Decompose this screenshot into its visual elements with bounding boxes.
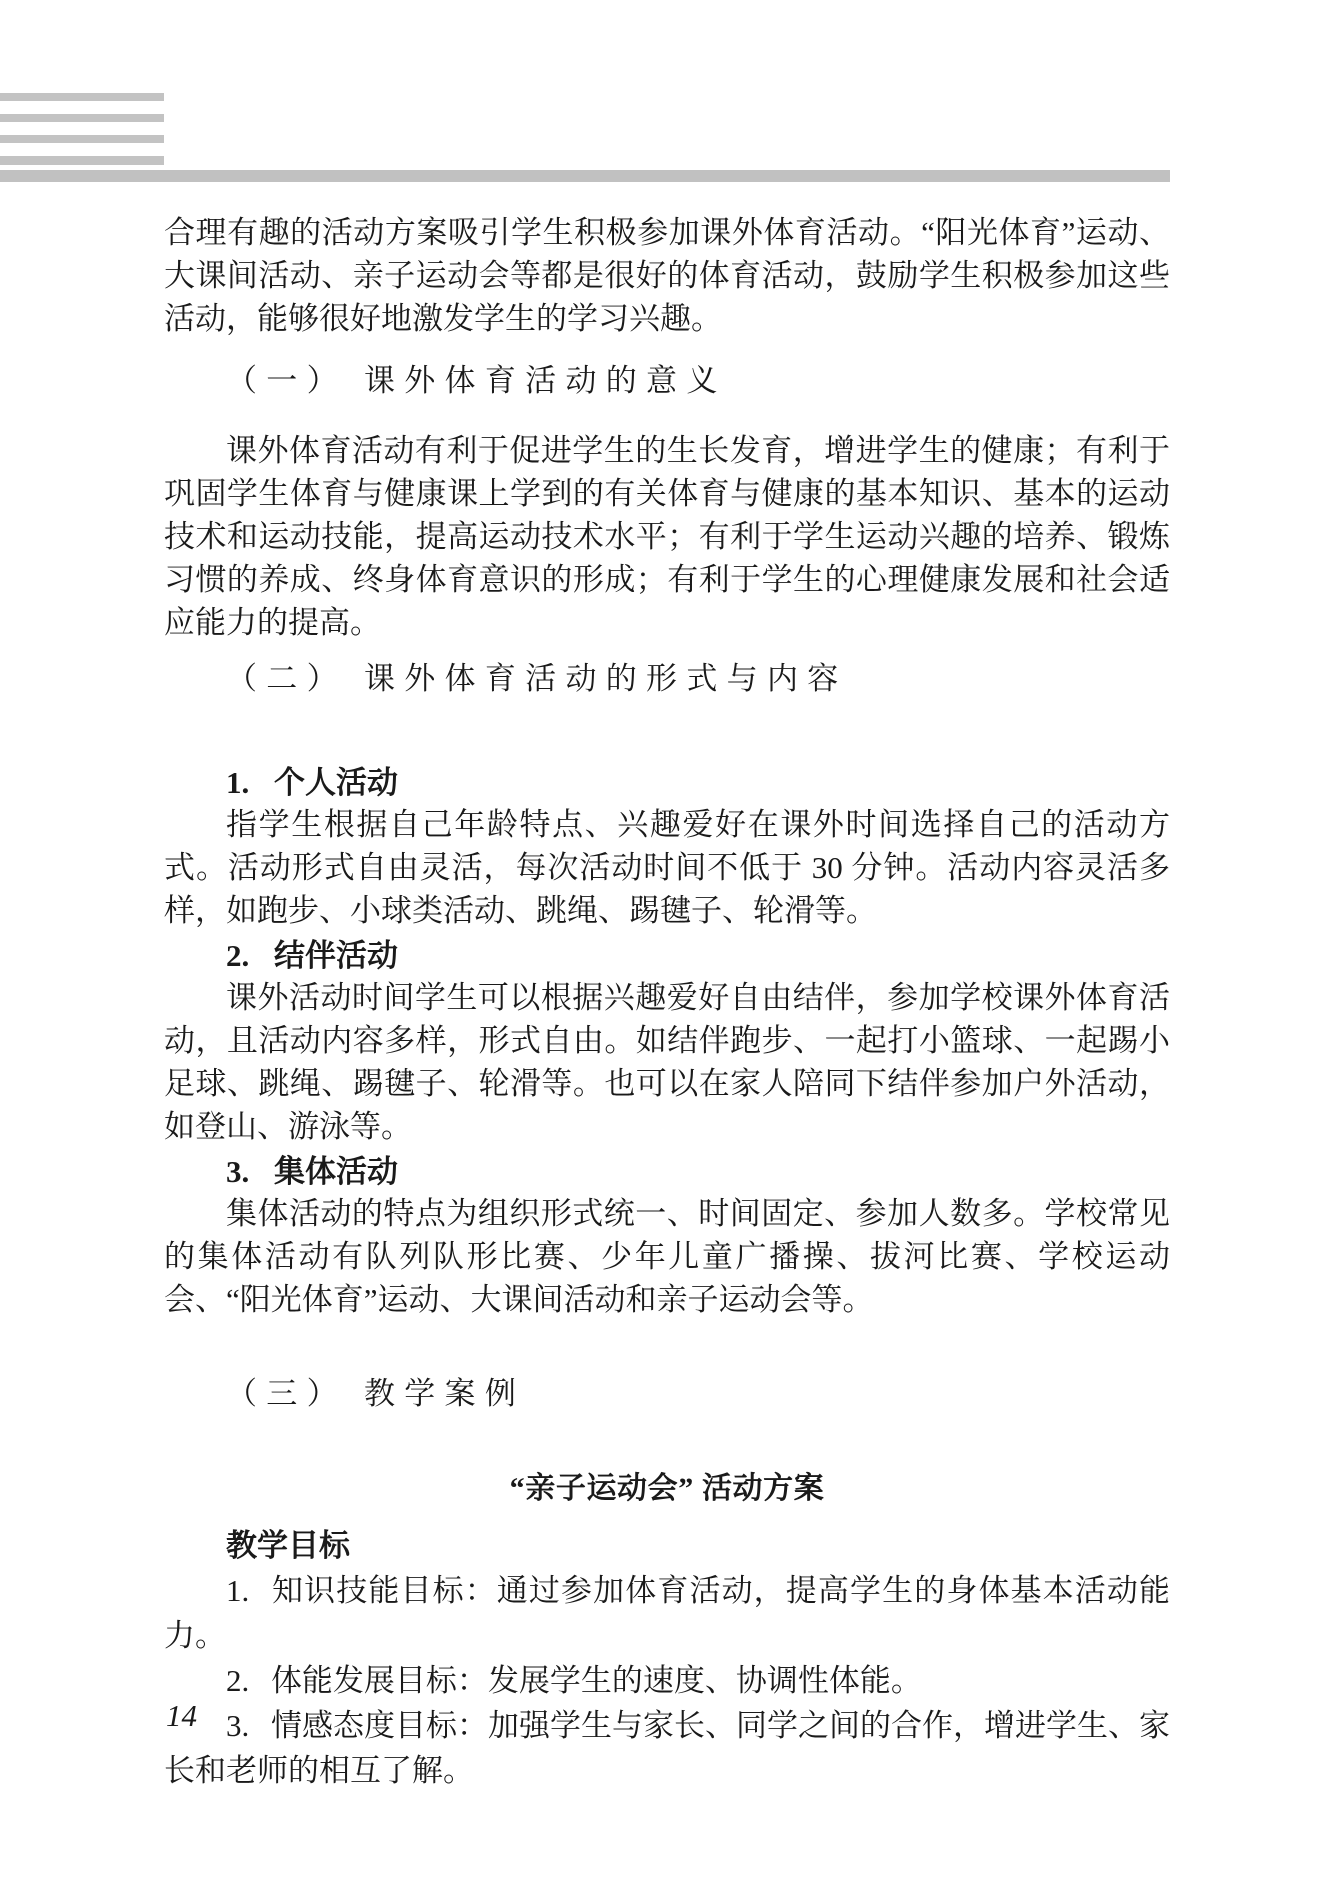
document-page: 合理有趣的活动方案吸引学生积极参加课外体育活动。“阳光体育”运动、大课间活动、亲… <box>0 0 1331 1884</box>
goal-number: 2. <box>226 1663 249 1698</box>
section-heading-meaning: （一） 课外体育活动的意义 <box>164 359 1170 402</box>
decoration-bar <box>0 114 164 122</box>
intro-paragraph: 合理有趣的活动方案吸引学生积极参加课外体育活动。“阳光体育”运动、大课间活动、亲… <box>164 211 1170 340</box>
subsection-heading-individual: 1.个人活动 <box>164 763 1170 803</box>
decoration-bar <box>0 93 164 101</box>
case-title: “亲子运动会” 活动方案 <box>164 1467 1170 1510</box>
goal-item-fitness: 2.体能发展目标：发展学生的速度、协调性体能。 <box>164 1658 1170 1703</box>
subsection-title: 集体活动 <box>274 1154 398 1189</box>
section-heading-forms: （二） 课外体育活动的形式与内容 <box>164 657 1170 700</box>
goals-heading: 教学目标 <box>164 1526 1170 1566</box>
goal-text: 情感态度目标：加强学生与家长、同学之间的合作，增进学生、家长和老师的相互了解。 <box>164 1708 1170 1788</box>
goal-number: 1. <box>226 1573 249 1608</box>
text-column: 合理有趣的活动方案吸引学生积极参加课外体育活动。“阳光体育”运动、大课间活动、亲… <box>164 211 1170 1793</box>
paragraph-collective: 集体活动的特点为组织形式统一、时间固定、参加人数多。学校常见的集体活动有队列队形… <box>164 1192 1170 1321</box>
subsection-number: 2. <box>226 938 249 973</box>
section-heading-case: （三） 教学案例 <box>164 1372 1170 1415</box>
subsection-title: 个人活动 <box>274 765 398 800</box>
paragraph-individual: 指学生根据自己年龄特点、兴趣爱好在课外时间选择自己的活动方式。活动形式自由灵活，… <box>164 803 1170 932</box>
paragraph-partner: 课外活动时间学生可以根据兴趣爱好自由结伴，参加学校课外体育活动，且活动内容多样，… <box>164 976 1170 1148</box>
page-number: 14 <box>166 1698 197 1734</box>
paragraph-meaning: 课外体育活动有利于促进学生的生长发育，增进学生的健康；有利于巩固学生体育与健康课… <box>164 429 1170 644</box>
goal-number: 3. <box>226 1708 249 1743</box>
goal-item-emotion: 3.情感态度目标：加强学生与家长、同学之间的合作，增进学生、家长和老师的相互了解… <box>164 1703 1170 1793</box>
goal-text: 知识技能目标：通过参加体育活动，提高学生的身体基本活动能力。 <box>164 1573 1170 1653</box>
decoration-bar <box>0 135 164 143</box>
subsection-number: 3. <box>226 1154 249 1189</box>
subsection-heading-collective: 3.集体活动 <box>164 1152 1170 1192</box>
subsection-heading-partner: 2.结伴活动 <box>164 936 1170 976</box>
decoration-bar <box>0 156 164 165</box>
goal-text: 体能发展目标：发展学生的速度、协调性体能。 <box>271 1663 922 1698</box>
goal-item-knowledge: 1.知识技能目标：通过参加体育活动，提高学生的身体基本活动能力。 <box>164 1568 1170 1658</box>
decoration-rule <box>0 170 1170 182</box>
subsection-title: 结伴活动 <box>274 938 398 973</box>
subsection-number: 1. <box>226 765 249 800</box>
